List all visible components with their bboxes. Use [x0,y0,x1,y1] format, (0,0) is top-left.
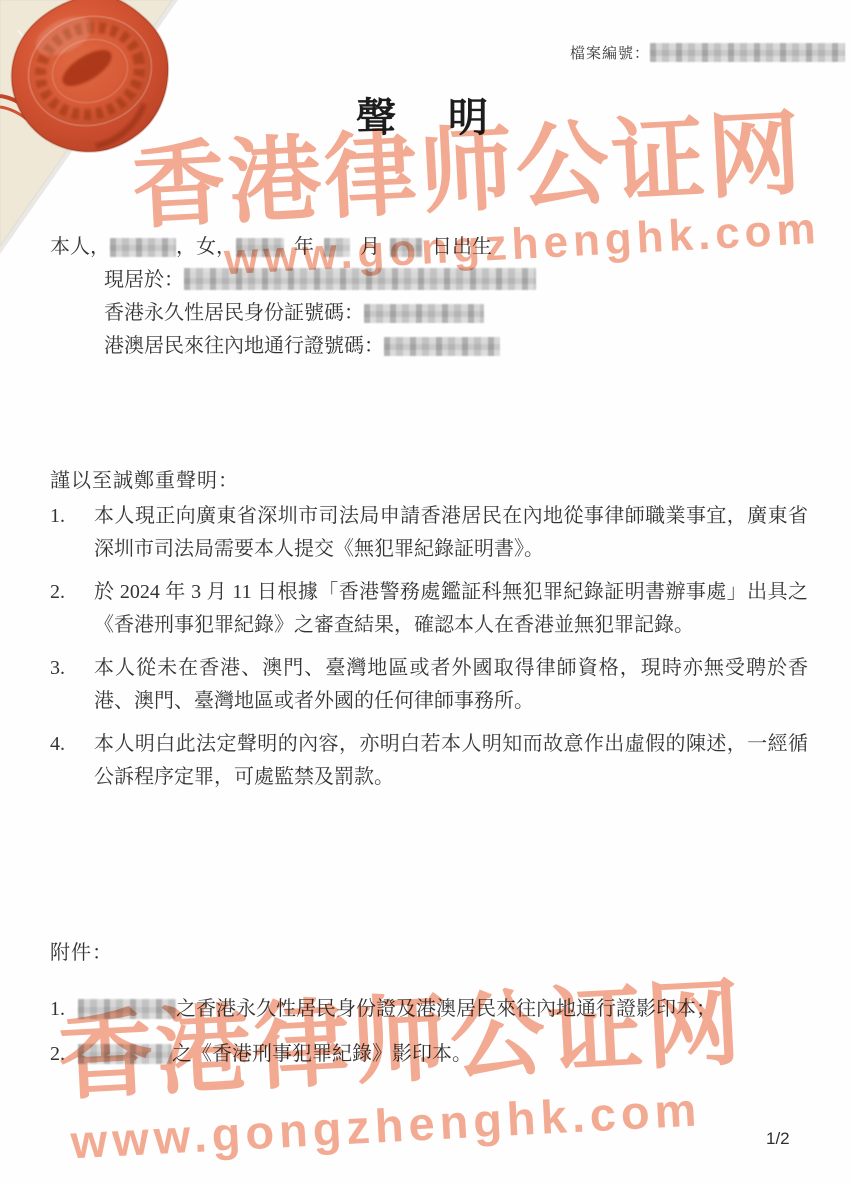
redacted-file-number [650,43,845,62]
redacted-birth-month [324,238,350,257]
redacted-address [184,268,536,290]
redacted-permit-number [384,337,500,356]
hkid-label: 香港永久性居民身份証號碼： [104,302,364,324]
permit-label: 港澳居民來往內地通行證號碼： [104,335,384,357]
month-label: 月 [360,236,380,258]
residence-line: 現居於： [50,264,536,297]
declaration-item: 1. 本人現正向廣東省深圳市司法局申請香港居民在內地從事律師職業事宜，廣東省深圳… [50,500,808,566]
file-number-row: 檔案編號： [570,42,845,63]
redacted-birth-day [390,238,422,257]
item-number: 2. [50,1039,78,1069]
item-number: 4. [50,728,94,794]
attachment-text: 之《香港刑事犯罪紀錄》影印本。 [172,1043,472,1065]
permit-line: 港澳居民來往內地通行證號碼： [50,330,536,363]
item-text: 本人從未在香港、澳門、臺灣地區或者外國取得律師資格，現時亦無受聘於香港、澳門、臺… [94,652,808,718]
item-text: 之香港永久性居民身份證及港澳居民來往內地通行證影印本； [78,994,808,1024]
attachments-heading: 附件： [50,936,113,965]
item-number: 1. [50,994,78,1024]
intro-prefix: 本人， [50,236,110,258]
document-title: 聲 明 [0,86,850,143]
redacted-attachment-name [78,999,176,1019]
intro-gender: ，女， [176,236,236,258]
redacted-hkid-number [364,304,484,323]
item-number: 2. [50,576,94,642]
attachments-list: 1. 之香港永久性居民身份證及港澳居民來往內地通行證影印本； 2. 之《香港刑事… [50,994,808,1084]
declaration-page: 檔案編號： 聲 明 香港律师公证网 www.gongzhenghk.com 本人… [0,0,850,1183]
watermark-site-url: www.gongzhenghk.com [70,1083,750,1165]
intro-line-birth: 本人，，女，年月日出生 [50,231,536,264]
declaration-item: 2. 於 2024 年 3 月 11 日根據「香港警務處鑑証科無犯罪紀錄証明書辦… [50,576,808,642]
item-text: 本人明白此法定聲明的內容，亦明白若本人明知而故意作出虛假的陳述，一經循公訴程序定… [94,728,808,794]
personal-particulars: 本人，，女，年月日出生 現居於： 香港永久性居民身份証號碼： 港澳居民來往內地通… [50,231,536,363]
declaration-item: 4. 本人明白此法定聲明的內容，亦明白若本人明知而故意作出虛假的陳述，一經循公訴… [50,728,808,794]
attachment-text: 之香港永久性居民身份證及港澳居民來往內地通行證影印本； [176,998,716,1020]
birth-suffix: 日出生 [432,236,492,258]
declaration-heading: 謹以至誠鄭重聲明： [50,464,239,493]
item-text: 於 2024 年 3 月 11 日根據「香港警務處鑑証科無犯罪紀錄証明書辦事處」… [94,576,808,642]
file-number-label: 檔案編號： [570,46,650,62]
item-number: 3. [50,652,94,718]
attachment-item: 1. 之香港永久性居民身份證及港澳居民來往內地通行證影印本； [50,994,808,1024]
item-text: 本人現正向廣東省深圳市司法局申請香港居民在內地從事律師職業事宜，廣東省深圳市司法… [94,500,808,566]
redacted-name [110,238,176,257]
declaration-list: 1. 本人現正向廣東省深圳市司法局申請香港居民在內地從事律師職業事宜，廣東省深圳… [50,500,808,804]
declaration-item: 3. 本人從未在香港、澳門、臺灣地區或者外國取得律師資格，現時亦無受聘於香港、澳… [50,652,808,718]
attachment-item: 2. 之《香港刑事犯罪紀錄》影印本。 [50,1039,808,1069]
page-number: 1/2 [766,1129,790,1149]
year-label: 年 [294,236,314,258]
item-number: 1. [50,500,94,566]
item-text: 之《香港刑事犯罪紀錄》影印本。 [78,1039,808,1069]
hkid-line: 香港永久性居民身份証號碼： [50,297,536,330]
redacted-birth-year [236,238,284,257]
residence-label: 現居於： [104,269,184,291]
redacted-attachment-name [78,1044,172,1064]
